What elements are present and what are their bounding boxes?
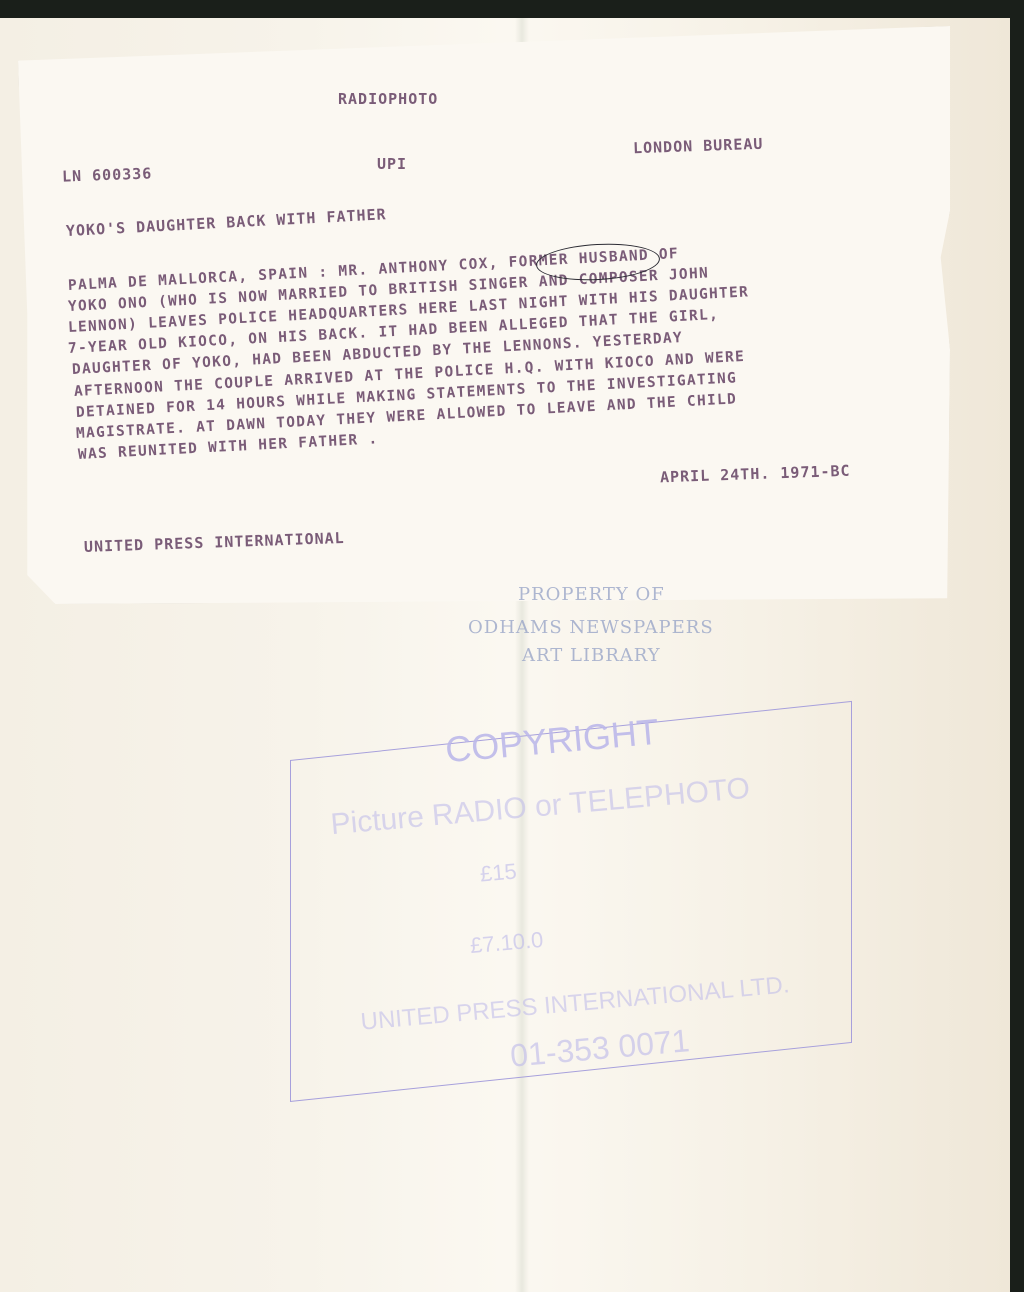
- agency-label: UPI: [377, 155, 407, 173]
- property-stamp-line: ART LIBRARY: [522, 645, 661, 666]
- type-label: RADIOPHOTO: [338, 90, 438, 108]
- property-stamp-line: PROPERTY OF: [518, 584, 665, 605]
- reference-number: LN 600336: [62, 164, 153, 185]
- copyright-fee: £15: [479, 858, 518, 887]
- property-stamp-line: ODHAMS NEWSPAPERS: [468, 617, 714, 638]
